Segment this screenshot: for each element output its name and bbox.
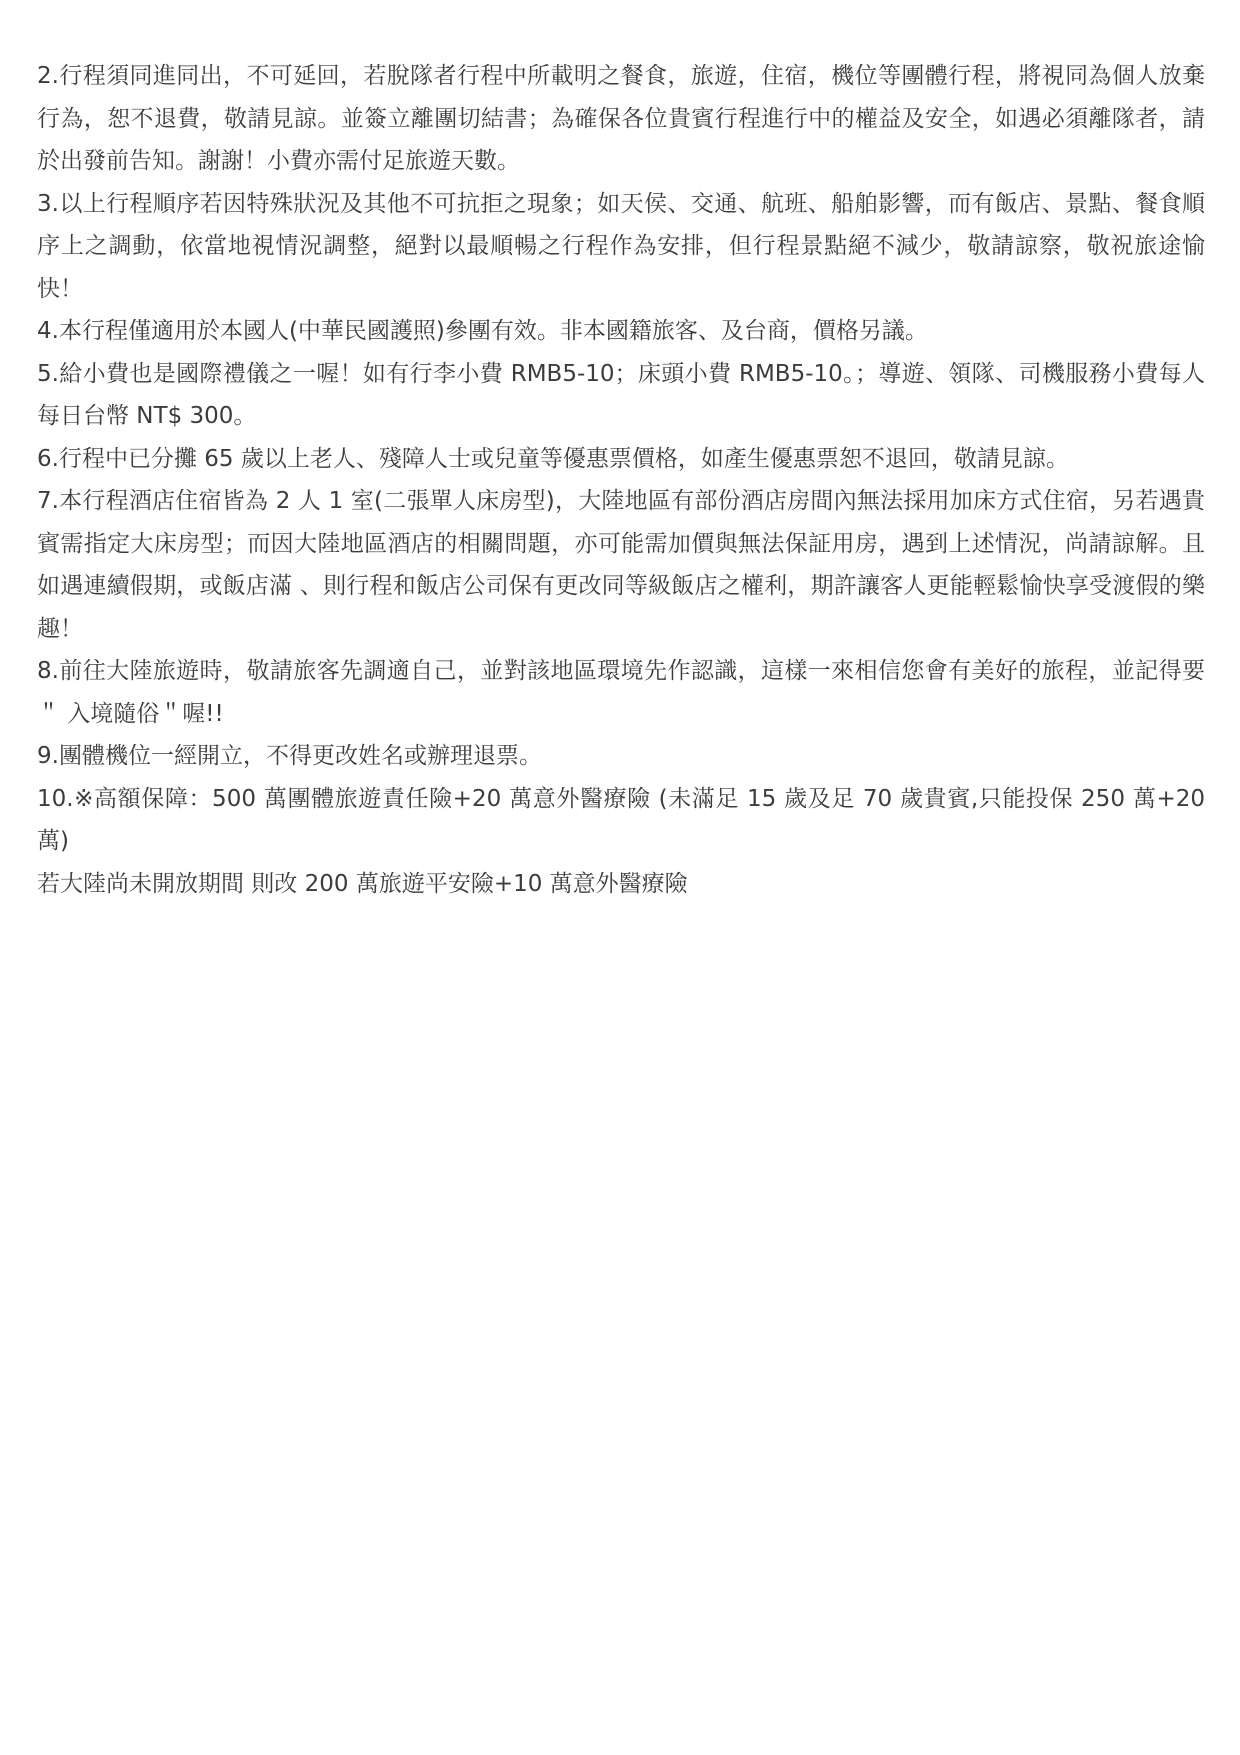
terms-item-4: 4.本行程僅適用於本國人(中華民國護照)參團有效。非本國籍旅客、及台商，價格另議… bbox=[37, 310, 1205, 353]
terms-item-5: 5.給小費也是國際禮儀之一喔！如有行李小費 RMB5-10；床頭小費 RMB5-… bbox=[37, 353, 1205, 438]
terms-item-6: 6.行程中已分攤 65 歲以上老人、殘障人士或兒童等優惠票價格，如產生優惠票恕不… bbox=[37, 438, 1205, 481]
terms-item-7: 7.本行程酒店住宿皆為 2 人 1 室(二張單人床房型)，大陸地區有部份酒店房間… bbox=[37, 480, 1205, 650]
terms-item-3: 3.以上行程順序若因特殊狀況及其他不可抗拒之現象；如天侯、交通、航班、船舶影響，… bbox=[37, 183, 1205, 311]
terms-item-10: 10.※高額保障：500 萬團體旅遊責任險+20 萬意外醫療險 (未滿足 15 … bbox=[37, 778, 1205, 863]
terms-item-2: 2.行程須同進同出，不可延回，若脫隊者行程中所載明之餐食，旅遊，住宿，機位等團體… bbox=[37, 55, 1205, 183]
terms-item-10-continued: 若大陸尚未開放期間 則改 200 萬旅遊平安險+10 萬意外醫療險 bbox=[37, 863, 1205, 906]
document-page: 2.行程須同進同出，不可延回，若脫隊者行程中所載明之餐食，旅遊，住宿，機位等團體… bbox=[0, 0, 1240, 1755]
terms-item-8: 8.前往大陸旅遊時，敬請旅客先調適自己，並對該地區環境先作認識，這樣一來相信您會… bbox=[37, 650, 1205, 735]
terms-item-9: 9.團體機位一經開立，不得更改姓名或辦理退票。 bbox=[37, 735, 1205, 778]
